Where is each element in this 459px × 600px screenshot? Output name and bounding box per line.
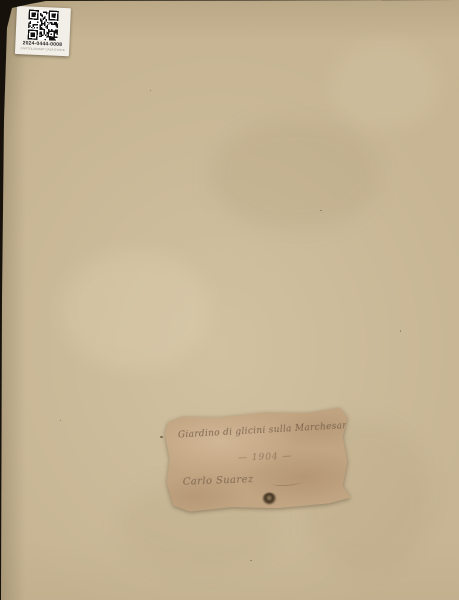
photo-backdrop: 2024-0444-0008 CAPITOLIUMART CASA D'ASTE… bbox=[0, 0, 459, 600]
ink-speck bbox=[160, 436, 163, 438]
dust-speck bbox=[60, 420, 61, 421]
stain bbox=[210, 120, 380, 230]
cardboard-back: 2024-0444-0008 CAPITOLIUMART CASA D'ASTE… bbox=[0, 0, 459, 600]
stain bbox=[60, 250, 210, 370]
seal-spot bbox=[262, 492, 276, 505]
dust-speck bbox=[150, 90, 151, 91]
qr-code-icon bbox=[28, 10, 59, 41]
label-paper: Giardino di glicini sulla Marchesana — 1… bbox=[164, 408, 351, 513]
artwork-title-handwriting: Giardino di glicini sulla Marchesana bbox=[178, 421, 355, 441]
inventory-sticker: 2024-0444-0008 CAPITOLIUMART CASA D'ASTE bbox=[15, 6, 71, 56]
handwritten-label: Giardino di glicini sulla Marchesana — 1… bbox=[166, 411, 349, 509]
artist-signature-handwriting: Carlo Suarez bbox=[183, 474, 254, 488]
dust-speck bbox=[250, 560, 252, 561]
faded-ink-mark bbox=[273, 479, 301, 487]
artwork-date-handwriting: — 1904 — bbox=[238, 452, 293, 464]
dust-speck bbox=[320, 210, 322, 211]
stain bbox=[330, 40, 440, 130]
dust-speck bbox=[400, 330, 401, 332]
